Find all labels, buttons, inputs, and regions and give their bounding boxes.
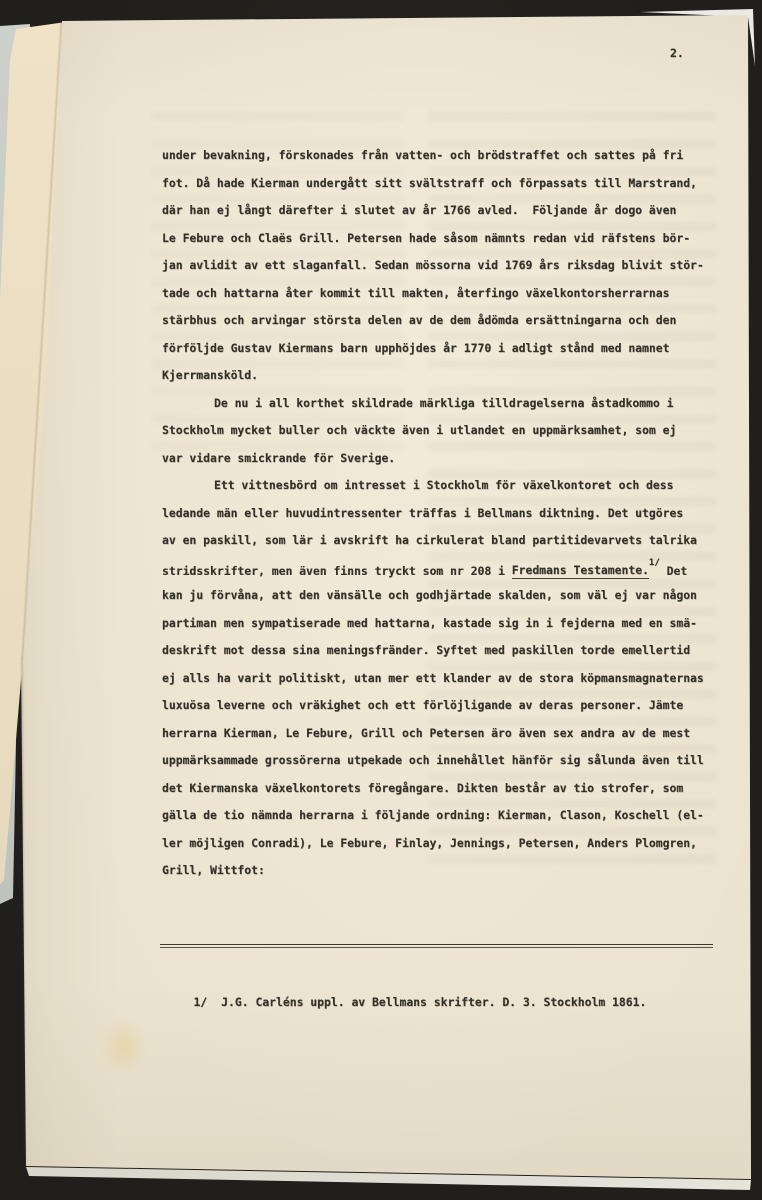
- text-line: fot. Då hade Kierman undergått sitt sväl…: [162, 170, 724, 198]
- footnote-marker: 1/: [193, 995, 207, 1009]
- text-segment: tade och hattarna åter kommit till makte…: [162, 286, 669, 300]
- text-segment: det Kiermanska växelkontorets föregångar…: [162, 781, 683, 795]
- text-line: luxuösa leverne och vräkighet och ett fö…: [162, 692, 724, 720]
- text-segment: var vidare smickrande för Sverige.: [162, 451, 395, 465]
- text-line: det Kiermanska växelkontorets föregångar…: [162, 775, 724, 803]
- text-line: partiman men sympatiserade med hattarna,…: [162, 610, 724, 638]
- text-line: tade och hattarna åter kommit till makte…: [162, 280, 724, 308]
- text-segment: av en paskill, som lär i avskrift ha cir…: [162, 533, 697, 547]
- text-segment: Le Febure och Claës Grill. Petersen hade…: [162, 231, 690, 245]
- text-segment: jan avlidit av ett slaganfall. Sedan mös…: [162, 258, 704, 272]
- text-segment: Ett vittnesbörd om intresset i Stockholm…: [214, 478, 673, 492]
- text-line: under bevakning, förskonades från vatten…: [162, 142, 724, 170]
- text-line: ledande män eller huvudintressenter träf…: [162, 500, 724, 528]
- text-segment: där han ej långt därefter i slutet av år…: [162, 203, 676, 217]
- footnote-text: J.G. Carléns uppl. av Bellmans skrifter.…: [221, 995, 646, 1009]
- footnote-reference: 1/: [649, 558, 660, 568]
- text-segment: ej alls ha varit politiskt, utan mer ett…: [162, 671, 704, 685]
- text-segment: fot. Då hade Kierman undergått sitt sväl…: [162, 176, 697, 190]
- text-line: kan ju förvåna, att den vänsälle och god…: [162, 582, 724, 610]
- footnote: 1/J.G. Carléns uppl. av Bellmans skrifte…: [166, 961, 646, 1044]
- text-line: deskrift mot dessa sina meningsfränder. …: [162, 637, 724, 665]
- text-line: Grill, Wittfot:: [162, 857, 724, 885]
- body-text: under bevakning, förskonades från vatten…: [162, 142, 724, 885]
- text-line: gälla de tio nämnda herrarna i följande …: [162, 802, 724, 830]
- text-line: stridsskrifter, men även finns tryckt so…: [162, 555, 724, 583]
- text-line: förföljde Gustav Kiermans barn upphöjdes…: [162, 335, 724, 363]
- document-page: 2. under bevakning, förskonades från vat…: [0, 0, 762, 1200]
- text-line: Stockholm mycket buller och väckte även …: [162, 417, 724, 445]
- text-line: Le Febure och Claës Grill. Petersen hade…: [162, 225, 724, 253]
- text-segment: deskrift mot dessa sina meningsfränder. …: [162, 643, 690, 657]
- text-segment: partiman men sympatiserade med hattarna,…: [162, 616, 697, 630]
- text-segment: Kjerrmansköld.: [162, 368, 258, 382]
- text-line: Ett vittnesbörd om intresset i Stockholm…: [162, 472, 724, 500]
- text-line: uppmärksammade grossörerna utpekade och …: [162, 747, 724, 775]
- page-number: 2.: [670, 46, 684, 60]
- text-line: ler möjligen Conradi), Le Febure, Finlay…: [162, 830, 724, 858]
- text-segment: uppmärksammade grossörerna utpekade och …: [162, 753, 704, 767]
- text-line: ej alls ha varit politiskt, utan mer ett…: [162, 665, 724, 693]
- text-line: herrarna Kierman, Le Febure, Grill och P…: [162, 720, 724, 748]
- text-segment: under bevakning, förskonades från vatten…: [162, 148, 683, 162]
- text-segment: kan ju förvåna, att den vänsälle och god…: [162, 588, 697, 602]
- text-segment: ledande män eller huvudintressenter träf…: [162, 506, 683, 520]
- text-segment: ler möjligen Conradi), Le Febure, Finlay…: [162, 836, 697, 850]
- text-line: jan avlidit av ett slaganfall. Sedan mös…: [162, 252, 724, 280]
- text-segment: stridsskrifter, men även finns tryckt so…: [162, 563, 512, 577]
- footnote-separator-rule: [160, 944, 713, 948]
- text-segment: gälla de tio nämnda herrarna i följande …: [162, 808, 704, 822]
- text-segment: herrarna Kierman, Le Febure, Grill och P…: [162, 726, 690, 740]
- text-line: där han ej långt därefter i slutet av år…: [162, 197, 724, 225]
- text-line: av en paskill, som lär i avskrift ha cir…: [162, 527, 724, 555]
- text-segment: luxuösa leverne och vräkighet och ett fö…: [162, 698, 683, 712]
- text-line: Kjerrmansköld.: [162, 362, 724, 390]
- text-segment: Stockholm mycket buller och väckte även …: [162, 423, 676, 437]
- paper-stain: [100, 1018, 146, 1076]
- text-segment: stärbhus och arvingar största delen av d…: [162, 313, 676, 327]
- text-segment: Grill, Wittfot:: [162, 863, 265, 877]
- text-segment: De nu i all korthet skildrade märkliga t…: [214, 396, 673, 410]
- text-line: stärbhus och arvingar största delen av d…: [162, 307, 724, 335]
- text-segment: Det: [660, 563, 687, 577]
- text-line: De nu i all korthet skildrade märkliga t…: [162, 390, 724, 418]
- text-line: var vidare smickrande för Sverige.: [162, 445, 724, 473]
- text-segment: förföljde Gustav Kiermans barn upphöjdes…: [162, 341, 669, 355]
- underlined-title: Fredmans Testamente.: [512, 563, 649, 579]
